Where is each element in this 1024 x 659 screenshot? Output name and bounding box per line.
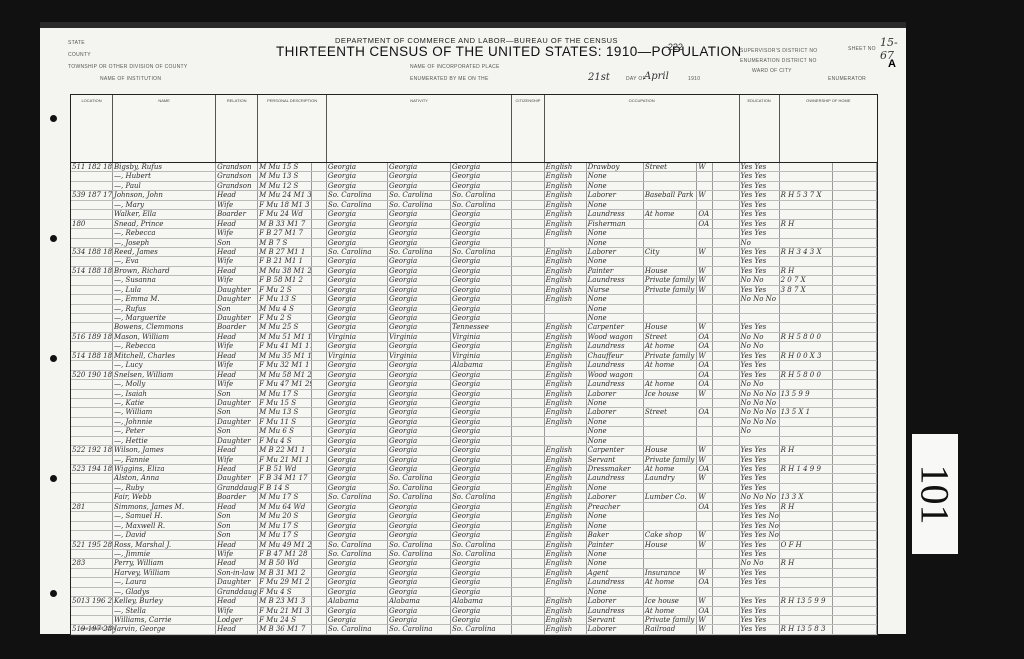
cell-ind <box>644 257 697 265</box>
cell-name: —, Jimmie <box>113 550 216 558</box>
sheet-label: Sheet No <box>848 46 876 52</box>
cell-emp <box>697 295 712 303</box>
margin-note: see sheet 15A <box>80 626 115 632</box>
cell-rel: Head <box>216 559 258 567</box>
cell-fb: Georgia <box>388 342 451 350</box>
cell-cit <box>512 503 545 511</box>
cell-edu: Yes Yes <box>740 474 780 482</box>
header-location: Location <box>71 95 113 162</box>
cell-x <box>833 248 877 256</box>
header-name: Name <box>113 95 216 162</box>
cell-own <box>780 201 833 209</box>
cell-dwl <box>71 408 113 416</box>
cell-mo <box>312 456 327 464</box>
cell-edu: Yes Yes No <box>740 531 780 539</box>
cell-own <box>780 323 833 331</box>
cell-pers: M Mu 15 S <box>258 163 311 171</box>
cell-mo <box>312 588 327 596</box>
cell-emp <box>697 201 712 209</box>
table-row: 522 192 186Wilson, JamesHeadM B 22 M1 1G… <box>71 446 877 455</box>
cell-cit <box>512 172 545 180</box>
cell-emp: W <box>697 191 712 199</box>
cell-rel: Son <box>216 427 258 435</box>
cell-lang: English <box>545 522 587 530</box>
cell-emp <box>697 559 712 567</box>
incorporated-place-label: Name of incorporated place <box>410 64 500 70</box>
cell-own: R H 13 5 8 3 <box>780 625 833 633</box>
cell-rel: Head <box>216 267 258 275</box>
census-table: Location Name Relation Personal Descript… <box>70 94 878 636</box>
table-row: —, MargueriteDaughterF Mu 2 SGeorgiaGeor… <box>71 314 877 323</box>
cell-pb: Georgia <box>327 172 388 180</box>
cell-dwl <box>71 512 113 520</box>
cell-fb: Virginia <box>388 333 451 341</box>
cell-ind: House <box>644 541 697 549</box>
cell-lang: English <box>545 616 587 624</box>
cell-x <box>833 559 877 567</box>
cell-pb: Georgia <box>327 314 388 322</box>
cell-emp <box>697 427 712 435</box>
cell-lang: English <box>545 456 587 464</box>
cell-cit <box>512 474 545 482</box>
header-personal: Personal Description <box>258 95 327 162</box>
cell-pb: Georgia <box>327 484 388 492</box>
supervisor-district-label: Supervisor's District No <box>740 48 817 54</box>
cell-own <box>780 172 833 180</box>
cell-x <box>833 182 877 190</box>
cell-edu: No No No <box>740 493 780 501</box>
cell-ind <box>644 437 697 445</box>
cell-occ: Laundress <box>587 380 644 388</box>
cell-pers: M Mu 38 M1 2 <box>258 267 311 275</box>
cell-dwl <box>71 578 113 586</box>
cell-emp: OA <box>697 371 712 379</box>
cell-pb: Georgia <box>327 522 388 530</box>
cell-edu: Yes Yes <box>740 323 780 331</box>
cell-lang: English <box>545 503 587 511</box>
header-occupation: Occupation <box>545 95 740 162</box>
cell-fb: Alabama <box>388 597 451 605</box>
cell-pb: Georgia <box>327 578 388 586</box>
cell-ind: House <box>644 446 697 454</box>
cell-lang: English <box>545 531 587 539</box>
cell-mb: Georgia <box>451 267 512 275</box>
cell-x <box>833 588 877 596</box>
cell-pb: So. Carolina <box>327 550 388 558</box>
cell-pers: F B 21 M1 1 <box>258 257 311 265</box>
cell-edu: No No <box>740 276 780 284</box>
cell-pers: M Mu 17 S <box>258 390 311 398</box>
cell-pb: Alabama <box>327 597 388 605</box>
cell-u <box>713 427 740 435</box>
cell-pers: F Mu 18 M1 3 <box>258 201 311 209</box>
cell-emp: W <box>697 474 712 482</box>
cell-rel: Wife <box>216 380 258 388</box>
cell-mb: So. Carolina <box>451 201 512 209</box>
cell-own <box>780 210 833 218</box>
cell-x <box>833 578 877 586</box>
cell-pb: Georgia <box>327 607 388 615</box>
cell-pers: F Mu 2 S <box>258 286 311 294</box>
table-row: —, KatieDaughterF Mu 15 SGeorgiaGeorgiaG… <box>71 399 877 408</box>
cell-edu: Yes Yes <box>740 625 780 633</box>
cell-dwl: 523 194 187 <box>71 465 113 473</box>
cell-cit <box>512 323 545 331</box>
cell-occ: None <box>587 559 644 567</box>
cell-lang: English <box>545 512 587 520</box>
cell-ind: Ice house <box>644 390 697 398</box>
table-row: —, Samuel H.SonM Mu 20 SGeorgiaGeorgiaGe… <box>71 512 877 521</box>
cell-edu: No No No <box>740 295 780 303</box>
cell-rel: Granddaughter <box>216 484 258 492</box>
cell-pers: M Mu 51 M1 11 <box>258 333 311 341</box>
cell-pers: M Mu 17 S <box>258 522 311 530</box>
cell-rel: Son-in-law <box>216 569 258 577</box>
cell-own: R H 0 0 X 3 <box>780 352 833 360</box>
cell-u <box>713 484 740 492</box>
cell-mo <box>312 578 327 586</box>
cell-occ: Laundress <box>587 474 644 482</box>
cell-dwl <box>71 229 113 237</box>
cell-mb: Georgia <box>451 371 512 379</box>
cell-lang: English <box>545 493 587 501</box>
table-row: —, EvaWifeF B 21 M1 1GeorgiaGeorgiaGeorg… <box>71 257 877 266</box>
cell-rel: Grandson <box>216 182 258 190</box>
cell-pers: M B 36 M1 7 <box>258 625 311 633</box>
cell-x <box>833 276 877 284</box>
cell-mo <box>312 257 327 265</box>
cell-occ: Drawboy <box>587 163 644 171</box>
cell-edu: Yes Yes <box>740 465 780 473</box>
cell-mb: Georgia <box>451 305 512 313</box>
cell-pers: M Mu 6 S <box>258 427 311 435</box>
cell-pers: M Mu 49 M1 28 <box>258 541 311 549</box>
cell-occ: Laborer <box>587 408 644 416</box>
cell-own <box>780 399 833 407</box>
cell-u <box>713 172 740 180</box>
cell-cit <box>512 229 545 237</box>
cell-edu: Yes Yes <box>740 172 780 180</box>
table-row: Fair, WebbBoarderM Mu 17 SSo. CarolinaSo… <box>71 493 877 502</box>
cell-name: —, Peter <box>113 427 216 435</box>
cell-ind: Street <box>644 408 697 416</box>
cell-mb: Georgia <box>451 465 512 473</box>
cell-pers: F B 51 Wd <box>258 465 311 473</box>
cell-name: Wiggins, Eliza <box>113 465 216 473</box>
binder-hole <box>50 590 57 597</box>
cell-emp <box>697 418 712 426</box>
cell-occ: None <box>587 305 644 313</box>
cell-rel: Wife <box>216 229 258 237</box>
cell-rel: Head <box>216 503 258 511</box>
cell-pb: So. Carolina <box>327 191 388 199</box>
cell-rel: Daughter <box>216 578 258 586</box>
cell-pers: F Mu 4 S <box>258 588 311 596</box>
cell-pers: F B 14 S <box>258 484 311 492</box>
cell-own: R H <box>780 559 833 567</box>
cell-emp <box>697 588 712 596</box>
cell-own <box>780 456 833 464</box>
cell-pers: M Mu 58 M1 29 <box>258 371 311 379</box>
cell-pers: M B 23 M1 3 <box>258 597 311 605</box>
cell-cit <box>512 569 545 577</box>
cell-pb: Georgia <box>327 210 388 218</box>
cell-emp: OA <box>697 503 712 511</box>
cell-own <box>780 512 833 520</box>
cell-ind <box>644 229 697 237</box>
cell-occ: Painter <box>587 541 644 549</box>
cell-mo <box>312 191 327 199</box>
cell-pb: Georgia <box>327 512 388 520</box>
cell-pers: M B 22 M1 1 <box>258 446 311 454</box>
cell-cit <box>512 616 545 624</box>
cell-name: —, Maxwell R. <box>113 522 216 530</box>
cell-u <box>713 418 740 426</box>
cell-own <box>780 522 833 530</box>
cell-emp: W <box>697 597 712 605</box>
cell-x <box>833 474 877 482</box>
cell-edu: Yes Yes <box>740 352 780 360</box>
cell-pb: Georgia <box>327 239 388 247</box>
cell-name: Jarvin, George <box>113 625 216 633</box>
cell-x <box>833 531 877 539</box>
cell-dwl <box>71 390 113 398</box>
cell-emp: W <box>697 493 712 501</box>
cell-rel: Daughter <box>216 314 258 322</box>
cell-fb: Georgia <box>388 229 451 237</box>
cell-pb: So. Carolina <box>327 625 388 633</box>
cell-mb: Georgia <box>451 569 512 577</box>
cell-name: Reed, James <box>113 248 216 256</box>
cell-u <box>713 616 740 624</box>
cell-edu: Yes Yes <box>740 541 780 549</box>
cell-cit <box>512 295 545 303</box>
cell-mb: Georgia <box>451 295 512 303</box>
cell-name: —, Paul <box>113 182 216 190</box>
cell-fb: Georgia <box>388 390 451 398</box>
cell-pers: M Mu 20 S <box>258 512 311 520</box>
cell-mb: Georgia <box>451 522 512 530</box>
cell-dwl <box>71 588 113 596</box>
cell-mo <box>312 493 327 501</box>
cell-rel: Son <box>216 390 258 398</box>
cell-own <box>780 361 833 369</box>
cell-pb: Georgia <box>327 295 388 303</box>
cell-occ: None <box>587 239 644 247</box>
cell-edu: Yes Yes <box>740 267 780 275</box>
cell-lang: English <box>545 201 587 209</box>
cell-pers: F Mu 41 M1 11 <box>258 342 311 350</box>
cell-name: —, Rufus <box>113 305 216 313</box>
cell-pb: Georgia <box>327 267 388 275</box>
enumerator-label: Enumerator <box>828 76 866 82</box>
cell-pers: M Mu 64 Wd <box>258 503 311 511</box>
table-row: —, Maxwell R.SonM Mu 17 SGeorgiaGeorgiaG… <box>71 522 877 531</box>
cell-dwl <box>71 380 113 388</box>
cell-u <box>713 220 740 228</box>
cell-dwl: 180 <box>71 220 113 228</box>
cell-dwl <box>71 342 113 350</box>
cell-cit <box>512 390 545 398</box>
cell-mb: Georgia <box>451 239 512 247</box>
cell-x <box>833 380 877 388</box>
cell-emp: OA <box>697 380 712 388</box>
cell-lang: English <box>545 380 587 388</box>
cell-pers: M Mu 4 S <box>258 305 311 313</box>
cell-mb: Georgia <box>451 437 512 445</box>
cell-emp: W <box>697 390 712 398</box>
cell-name: Johnson, John <box>113 191 216 199</box>
cell-mo <box>312 559 327 567</box>
cell-name: Snelsen, William <box>113 371 216 379</box>
cell-mo <box>312 625 327 633</box>
cell-x <box>833 314 877 322</box>
cell-cit <box>512 286 545 294</box>
cell-rel: Wife <box>216 456 258 464</box>
cell-fb: Georgia <box>388 295 451 303</box>
cell-rel: Daughter <box>216 418 258 426</box>
cell-pers: F Mu 2 S <box>258 314 311 322</box>
table-row: 514 188 184Mitchell, CharlesHeadM Mu 35 … <box>71 352 877 361</box>
cell-x <box>833 361 877 369</box>
cell-lang: English <box>545 578 587 586</box>
cell-x <box>833 408 877 416</box>
table-row: 523 194 187Wiggins, ElizaHeadF B 51 WdGe… <box>71 465 877 474</box>
cell-u <box>713 503 740 511</box>
cell-lang: English <box>545 342 587 350</box>
cell-occ: None <box>587 437 644 445</box>
cell-name: —, Joseph <box>113 239 216 247</box>
cell-name: —, William <box>113 408 216 416</box>
cell-cit <box>512 559 545 567</box>
cell-x <box>833 512 877 520</box>
cell-mb: Georgia <box>451 229 512 237</box>
cell-own: R H 5 3 7 X <box>780 191 833 199</box>
cell-mb: Georgia <box>451 390 512 398</box>
cell-dwl <box>71 522 113 530</box>
cell-edu: No No <box>740 342 780 350</box>
table-row: 511 182 181Bigsby, RufusGrandsonM Mu 15 … <box>71 163 877 172</box>
cell-occ: Wood wagon <box>587 333 644 341</box>
cell-dwl: 5013 196 284 <box>71 597 113 605</box>
cell-lang: English <box>545 295 587 303</box>
cell-dwl <box>71 616 113 624</box>
cell-occ: Laundress <box>587 276 644 284</box>
cell-edu: Yes Yes <box>740 550 780 558</box>
cell-mb: Georgia <box>451 559 512 567</box>
cell-cit <box>512 380 545 388</box>
cell-mb: Georgia <box>451 210 512 218</box>
cell-x <box>833 625 877 633</box>
cell-cit <box>512 361 545 369</box>
cell-pb: Georgia <box>327 559 388 567</box>
cell-pb: So. Carolina <box>327 493 388 501</box>
cell-lang: English <box>545 333 587 341</box>
cell-lang: English <box>545 163 587 171</box>
table-row: —, IsaiahSonM Mu 17 SGeorgiaGeorgiaGeorg… <box>71 390 877 399</box>
cell-dwl <box>71 531 113 539</box>
cell-cit <box>512 418 545 426</box>
cell-own: R H 1 4 9 9 <box>780 465 833 473</box>
cell-own <box>780 342 833 350</box>
cell-x <box>833 342 877 350</box>
cell-dwl <box>71 286 113 294</box>
cell-mo <box>312 371 327 379</box>
cell-occ: Carpenter <box>587 323 644 331</box>
cell-cit <box>512 201 545 209</box>
cell-occ: Baker <box>587 531 644 539</box>
cell-u <box>713 295 740 303</box>
cell-pb: Georgia <box>327 380 388 388</box>
cell-cit <box>512 607 545 615</box>
cell-pers: M Mu 24 M1 3 <box>258 191 311 199</box>
cell-own <box>780 474 833 482</box>
cell-dwl <box>71 295 113 303</box>
cell-mo <box>312 522 327 530</box>
cell-lang: English <box>545 550 587 558</box>
cell-own <box>780 531 833 539</box>
cell-fb: Georgia <box>388 305 451 313</box>
enumeration-district-label: Enumeration District No <box>740 58 817 64</box>
cell-own: R H 5 8 0 0 <box>780 333 833 341</box>
cell-mb: Georgia <box>451 474 512 482</box>
cell-own <box>780 229 833 237</box>
cell-cit <box>512 408 545 416</box>
cell-rel: Boarder <box>216 210 258 218</box>
cell-cit <box>512 446 545 454</box>
cell-own: 13 5 9 9 <box>780 390 833 398</box>
cell-fb: Georgia <box>388 427 451 435</box>
cell-occ: Fisherman <box>587 220 644 228</box>
cell-fb: Georgia <box>388 220 451 228</box>
cell-dwl <box>71 305 113 313</box>
cell-dwl: 283 <box>71 559 113 567</box>
cell-occ: Laborer <box>587 597 644 605</box>
cell-emp: W <box>697 625 712 633</box>
cell-fb: So. Carolina <box>388 474 451 482</box>
sheet-letter: A <box>888 58 896 70</box>
cell-emp: OA <box>697 408 712 416</box>
cell-ind: Private family <box>644 616 697 624</box>
cell-name: —, Mary <box>113 201 216 209</box>
cell-own: R H <box>780 446 833 454</box>
cell-dwl <box>71 201 113 209</box>
cell-cit <box>512 456 545 464</box>
cell-own <box>780 295 833 303</box>
cell-fb: So. Carolina <box>388 625 451 633</box>
cell-pb: Georgia <box>327 427 388 435</box>
cell-mo <box>312 569 327 577</box>
cell-mo <box>312 352 327 360</box>
cell-cit <box>512 257 545 265</box>
cell-name: Bowens, Clemmons <box>113 323 216 331</box>
table-row: 281Simmons, James M.HeadM Mu 64 WdGeorgi… <box>71 503 877 512</box>
cell-pers: F Mu 47 M1 29 <box>258 380 311 388</box>
cell-emp <box>697 399 712 407</box>
cell-cit <box>512 305 545 313</box>
cell-x <box>833 163 877 171</box>
cell-name: —, Eva <box>113 257 216 265</box>
cell-occ: Laborer <box>587 191 644 199</box>
cell-mb: Georgia <box>451 588 512 596</box>
cell-emp <box>697 522 712 530</box>
cell-name: —, Hettie <box>113 437 216 445</box>
cell-lang: English <box>545 172 587 180</box>
cell-cit <box>512 371 545 379</box>
cell-cit <box>512 314 545 322</box>
county-label: County <box>68 52 91 58</box>
cell-rel: Head <box>216 191 258 199</box>
